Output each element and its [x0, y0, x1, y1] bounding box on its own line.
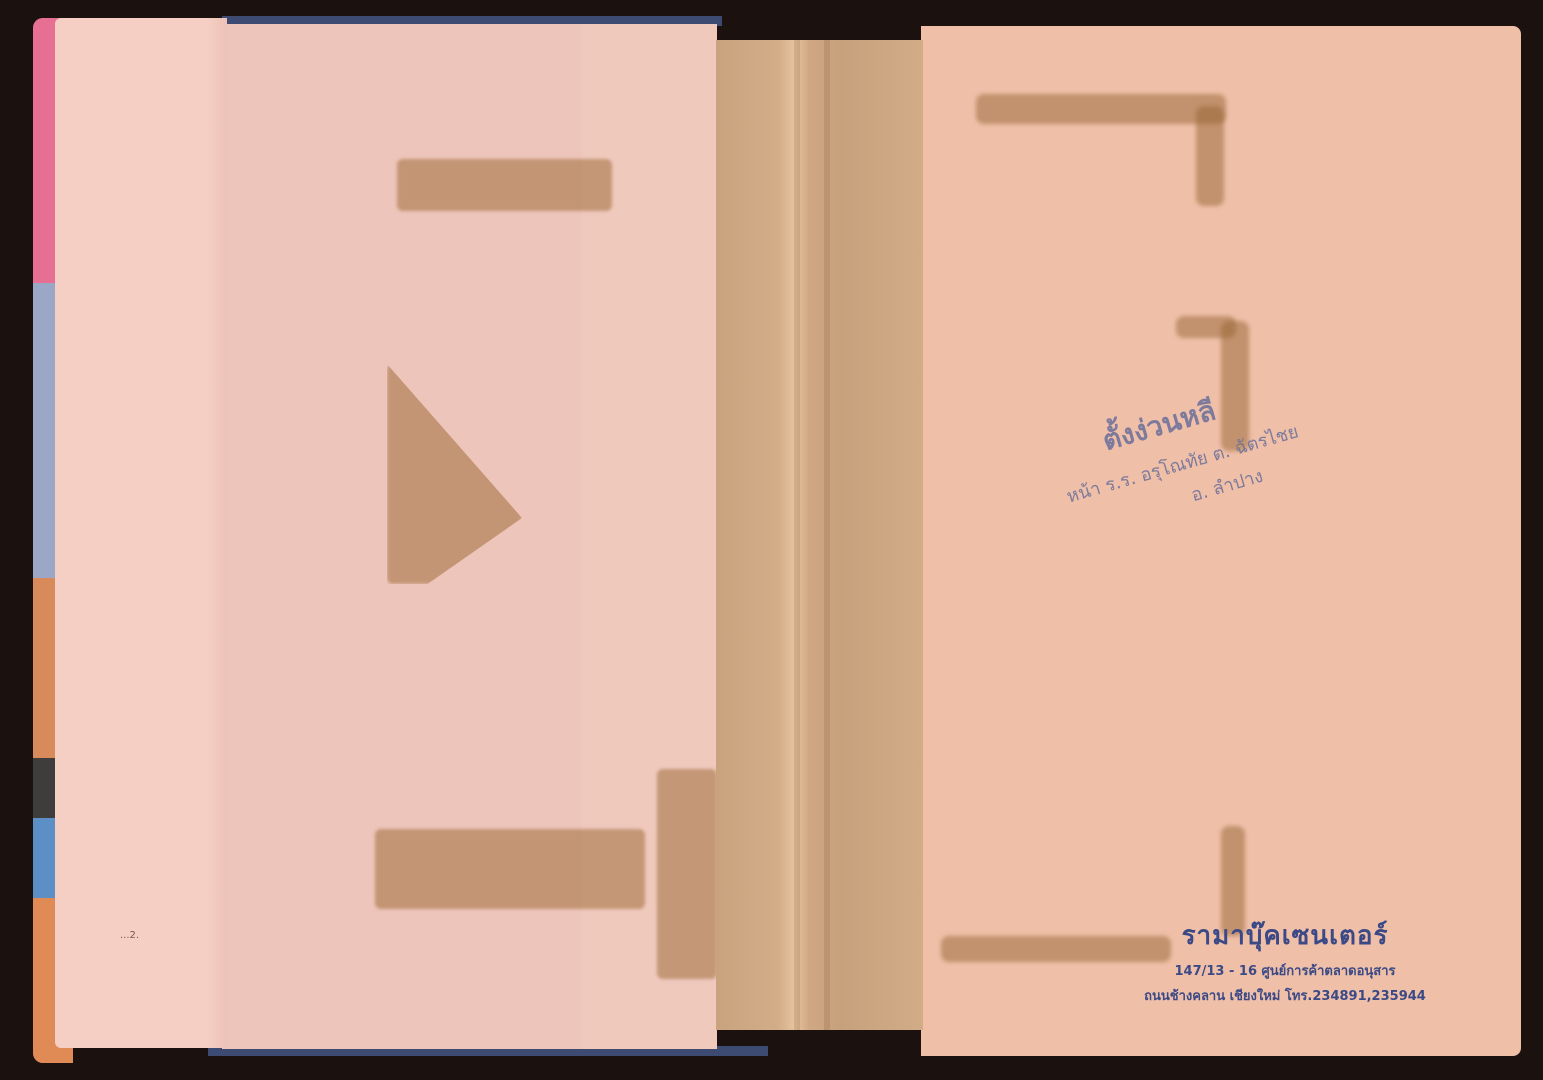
bookseller-stamp: รามาบุ๊คเซนเตอร์ 147/13 - 16 ศูนย์การค้า… [1135, 915, 1435, 1006]
tape-stain-bottom-right [657, 769, 717, 979]
cover-flap [55, 18, 225, 1048]
bookseller-address-1: 147/13 - 16 ศูนย์การค้าตลาดอนุสาร [1135, 960, 1435, 981]
flap-shadow [205, 18, 227, 1048]
bookseller-name: รามาบุ๊คเซนเตอร์ [1135, 915, 1435, 956]
tape-stain-bottom [375, 829, 645, 909]
tape-stain-triangle [387, 364, 522, 584]
left-endpaper [222, 24, 717, 1049]
bookseller-address-2: ถนนช้างคลาน เชียงใหม่ โทร.234891,235944 [1135, 985, 1435, 1006]
tape-stain-top [397, 159, 612, 211]
right-page [921, 26, 1521, 1056]
stain-top-corner [1196, 106, 1224, 206]
flap-mark: ...2. [120, 930, 139, 941]
stain-top-bar [976, 94, 1226, 124]
spine-tape [716, 40, 923, 1030]
